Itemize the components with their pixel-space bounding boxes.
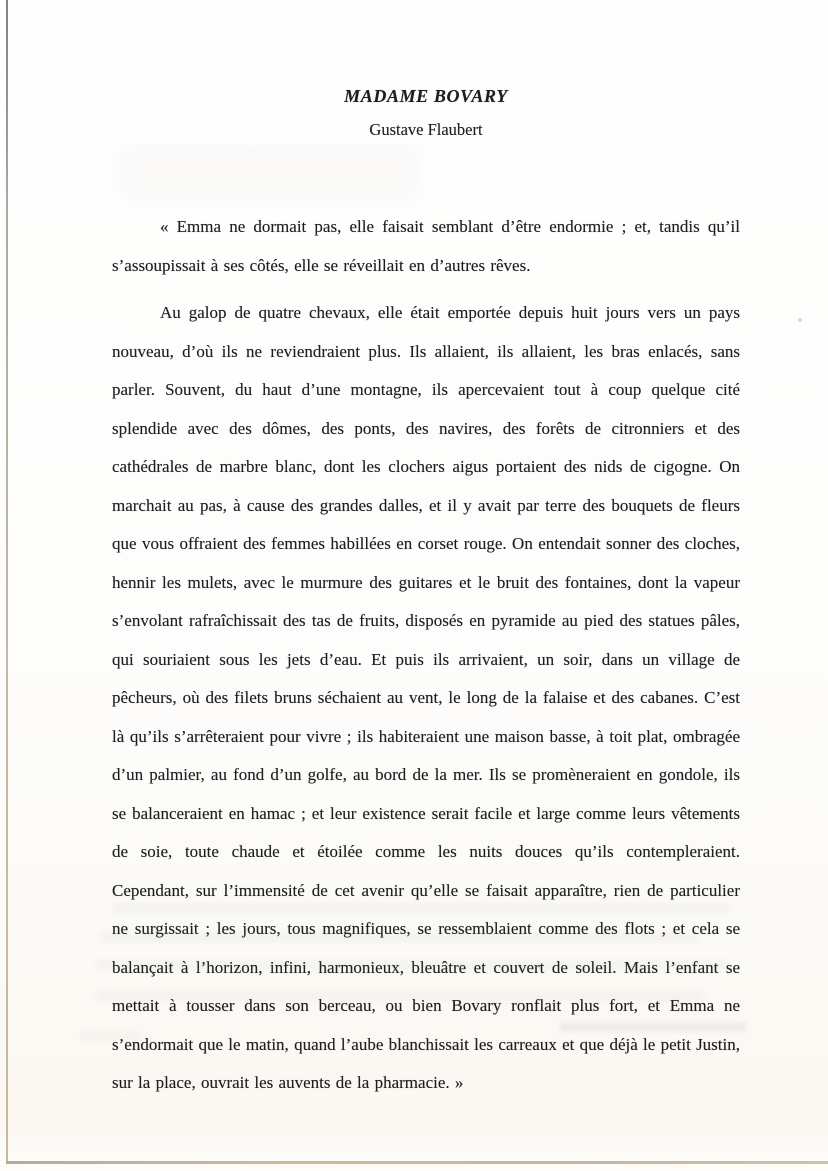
ghost-text-line [100,931,700,943]
ghost-text-line [80,1032,142,1040]
ghost-text-line [560,1022,746,1032]
document-author: Gustave Flaubert [112,120,740,140]
page-bottom-edge-line [6,1161,828,1164]
ghost-text-line [112,903,730,914]
document-title: MADAME BOVARY [112,86,740,107]
ghost-text-line [96,990,704,1001]
page-left-edge-line [6,0,8,1163]
ghost-text-line [96,960,728,971]
scan-speck [798,318,802,322]
paragraph-opening-quote: « Emma ne dormait pas, elle faisait semb… [112,208,740,285]
bleed-through-smudge [120,145,420,200]
paragraph-main-excerpt: Au galop de quatre chevaux, elle était e… [112,294,740,1103]
scanned-document-page: MADAME BOVARY Gustave Flaubert « Emma ne… [0,0,828,1171]
document-body: « Emma ne dormait pas, elle faisait semb… [112,208,740,1112]
